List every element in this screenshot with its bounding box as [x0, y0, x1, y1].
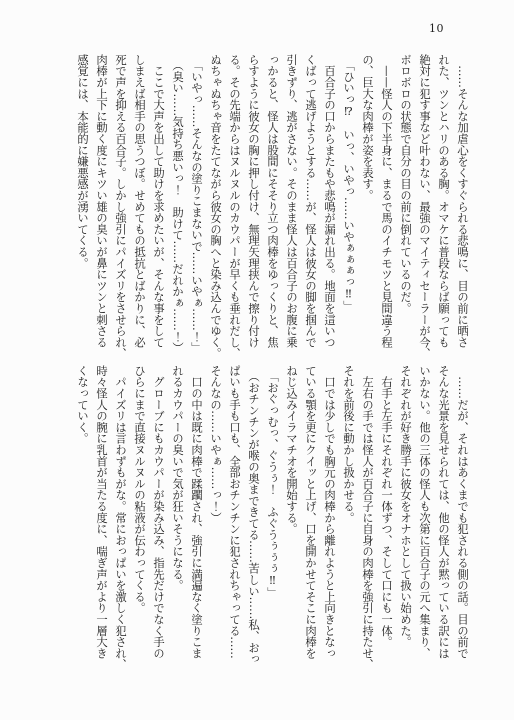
text-column: ——怪人の下半身に、まるで馬のイチモツと見間違う程: [377, 54, 396, 350]
text-column: 左右の手では怪人が百合子に自身の肉棒を強引に持たせ、: [358, 365, 377, 661]
text-column: の、巨大な肉棒が姿を表す。: [358, 54, 377, 350]
text-column: 口の中は既に肉棒で蹂躙され、強引に満遍なく塗りこま: [187, 365, 206, 661]
text-column: 死で声を抑える百合子。しかし強引にパイズリをさせられ、: [111, 54, 130, 350]
text-column: 肉棒が上下に動く度にキツい雄の臭いが鼻にツンと刺さる: [92, 54, 111, 350]
text-column: ボロボロの状態で自分の目の前に倒れているのだ。: [396, 54, 415, 350]
text-column: 「ひいっ⁉ いっ、いやっ……いやぁぁぁっ‼」: [339, 54, 358, 350]
text-column: グローブにもカウパーが染み込み、指先だけでなく手の: [149, 365, 168, 661]
text-column: しまえば相手の思うつぼ。せめてもの抵抗とばかりに、必: [130, 54, 149, 350]
text-column: ねじ込みイラマチオを開始する。: [282, 365, 301, 661]
text-column: ひらにまで直接ヌルヌルの粘液が伝わってくる。: [130, 365, 149, 661]
text-column: くなっていく。: [73, 365, 92, 661]
text-column: らすように彼女の胸に押し付け、無理矢理挟んで擦り付け: [244, 54, 263, 350]
text-column: 「いやっ……そんなの塗りこまないで……いやぁ……！」: [187, 54, 206, 350]
text-column: それを前後に動かし扱かせる。: [339, 365, 358, 661]
text-column: それぞれが好き勝手に彼女をオナホとして扱い始めた。: [396, 365, 415, 661]
text-column: （おチンチンが喉の奥まできてる……苦しい……私、おっ: [244, 365, 263, 661]
text-column: 「おぐっむっ、ぐうぅ！ ふぐうぅぅぅ‼」: [263, 365, 282, 661]
text-column: れるカウパーの臭いで気が狂いそうになる。: [168, 365, 187, 661]
text-column: ぬちゃぬちゃ音をたてながら彼女の胸へと染み込んでゆく。: [206, 54, 225, 350]
text-column: 口では少しでも胸元の肉棒から離れようと上向きとなっ: [320, 365, 339, 661]
text-column: パイズリは言わずもがな。常におっぱいを激しく犯され、: [111, 365, 130, 661]
text-column: ……だが、それはあくまでも犯される側の話。目の前で: [453, 365, 472, 661]
text-column: そんなの……いやぁ……っ！）: [206, 365, 225, 661]
text-column: ぱいも手も口も、全部おチンチンに犯されちゃってる……: [225, 365, 244, 661]
text-column: 絶対に犯す事など叶わない、最強のマイティセーラーが今、: [415, 54, 434, 350]
text-column: 引きずり、逃がさない。そのまま怪人は百合子のお腹に乗: [282, 54, 301, 350]
text-column: っかると、怪人は股間にそそり立つ肉棒をゆっくりと、焦: [263, 54, 282, 350]
text-tier-bottom: ……だが、それはあくまでも犯される側の話。目の前で そんな光景を見せられては、他…: [73, 365, 472, 661]
text-column: （臭い……気持ち悪いっ！ 助けて……だれかぁ……！）: [168, 54, 187, 350]
text-column: る。その先端からはヌルヌルのカウパーが早くも垂れだし、: [225, 54, 244, 350]
text-column: くばって逃げようとする……が、怪人は彼女の脚を掴んで: [301, 54, 320, 350]
text-column: いかない。他の三体の怪人も次第に百合子の元へ集まり、: [415, 365, 434, 661]
text-tier-top: ……そんな加虐心をくすぐられる悲鳴に、目の前に晒さ れた、ツンとハリのある胸。オ…: [73, 54, 472, 350]
page-number: 10: [429, 22, 444, 35]
text-column: ……そんな加虐心をくすぐられる悲鳴に、目の前に晒さ: [453, 54, 472, 350]
text-column: そんな光景を見せられては、他の怪人が黙っている訳には: [434, 365, 453, 661]
book-page: 10 ……そんな加虐心をくすぐられる悲鳴に、目の前に晒さ れた、ツンとハリのある…: [0, 0, 514, 720]
text-column: 右手と左手にそれぞれ一体ずつ、そして口にも一体。: [377, 365, 396, 661]
text-column: 百合子の口からまたもや悲鳴が漏れ出る。地面を這いつ: [320, 54, 339, 350]
text-column: れた、ツンとハリのある胸。オマケに普段ならば願っても: [434, 54, 453, 350]
text-column: ている顎を更にクイッと上げ、口を開かせてそこに肉棒を: [301, 365, 320, 661]
text-column: ここで大声を出して助けを求めたいが、そんな事をして: [149, 54, 168, 350]
text-column: 感覚には、本能的に嫌悪感が湧いてくる。: [73, 54, 92, 350]
text-column: 時々怪人の腕に乳首が当たる度に、喘ぎ声がより一層大き: [92, 365, 111, 661]
